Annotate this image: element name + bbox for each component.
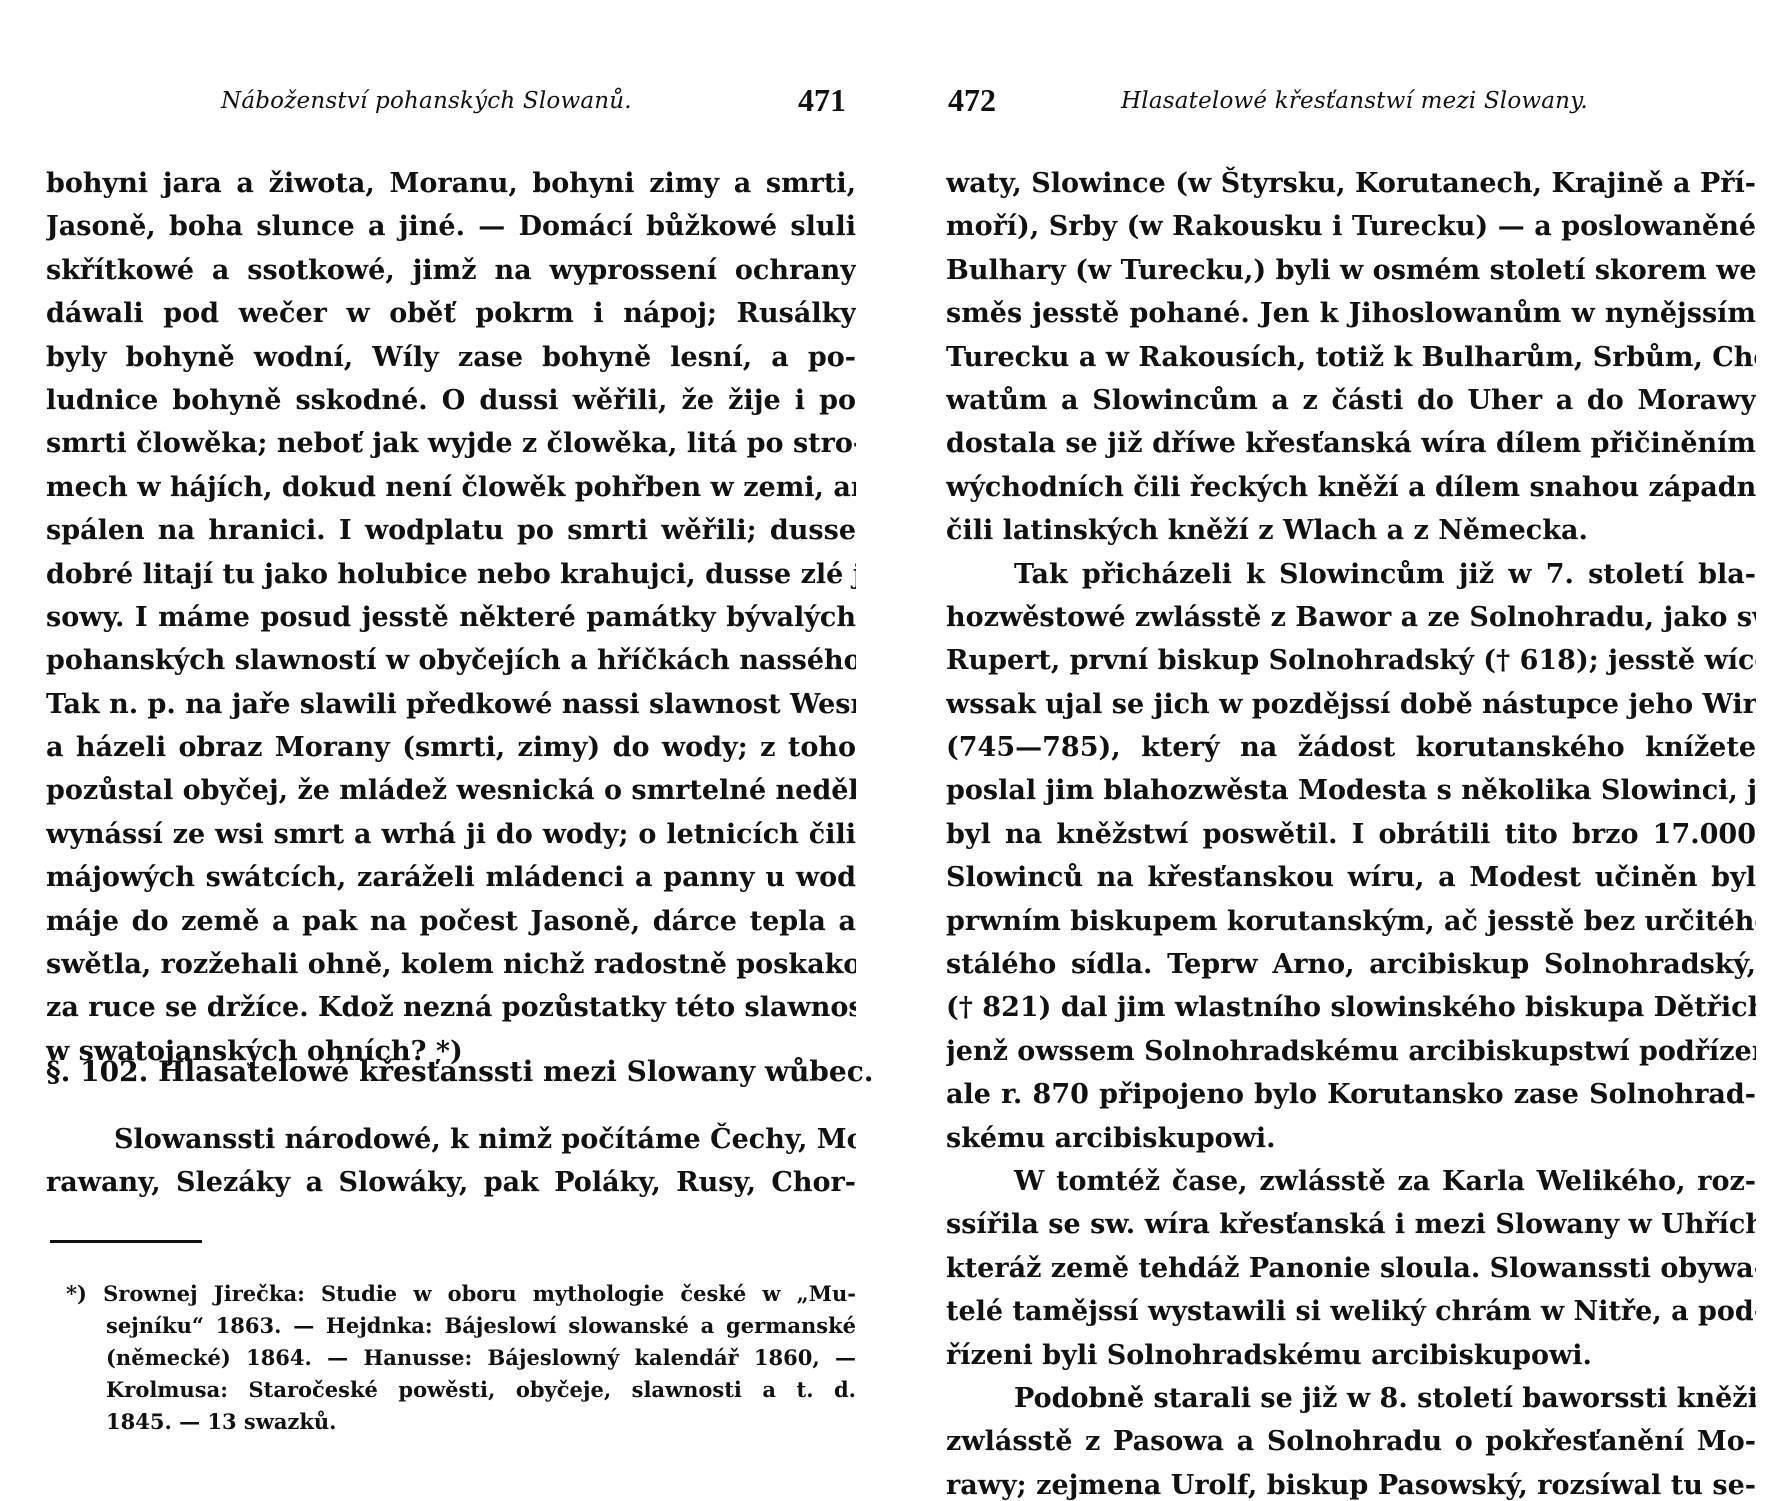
text-line: dobré litají tu jako holubice nebo krahu… [46, 553, 856, 596]
text-line: byl na kněžstwí poswětil. I obrátili tit… [946, 813, 1756, 856]
footnote-line: Krolmusa: Staročeské powěsti, obyčeje, s… [66, 1374, 856, 1406]
text-line: Tak přicházeli k Slowincům již w 7. stol… [946, 553, 1756, 596]
text-line: kteráž země tehdáž Panonie sloula. Slowa… [946, 1247, 1756, 1290]
text-line: poslal jim blahozwěsta Modesta s několik… [946, 769, 1756, 812]
running-head-left: Náboženství pohanských Slowanů. 471 [46, 82, 856, 122]
text-line: dostala se již dříwe křesťanská wíra díl… [946, 422, 1756, 465]
text-line: máje do země a pak na počest Jasoně, dár… [46, 900, 856, 943]
footnote-line: (německé) 1864. — Hanusse: Bájeslowný ka… [66, 1342, 856, 1374]
text-line: Turecku a w Rakousích, totiž k Bulharům,… [946, 336, 1756, 379]
text-line: skřítkowé a ssotkowé, jimž na wyprossení… [46, 249, 856, 292]
footnote-line: *) Srownej Jirečka: Studie w oboru mytho… [66, 1278, 856, 1310]
paragraph-pagan-customs: bohyni jara a žiwota, Moranu, bohyni zim… [46, 162, 856, 1073]
text-line: waty, Slowince (w Štyrsku, Korutanech, K… [946, 162, 1756, 205]
text-line: W tomtéž čase, zwlásstě za Karla Welikéh… [946, 1160, 1756, 1203]
running-head-title: Hlasatelowé křesťanstwí mezi Slowany. [1121, 88, 1588, 114]
text-line: Jasoně, boha slunce a jiné. — Domácí bůž… [46, 205, 856, 248]
text-line: dáwali pod wečer w oběť pokrm i nápoj; R… [46, 292, 856, 335]
text-line: zwlásstě z Pasowa a Solnohradu o pokřesť… [946, 1420, 1756, 1463]
footnote-line: 1845. — 13 swazků. [66, 1406, 856, 1438]
text-line: Tak n. p. na jaře slawili předkowé nassi… [46, 683, 856, 726]
left-page: Náboženství pohanských Slowanů. 471 bohy… [46, 0, 856, 1501]
text-line: jenž owssem Solnohradskému arcibiskupstw… [946, 1030, 1756, 1073]
text-line: smrti člowěka; neboť jak wyjde z člowěka… [46, 422, 856, 465]
running-head-title: Náboženství pohanských Slowanů. [221, 88, 632, 114]
text-line: májowých swátcích, zaráželi mládenci a p… [46, 856, 856, 899]
text-line: za ruce se držíce. Kdož nezná pozůstatky… [46, 986, 856, 1029]
text-line: Podobně starali se již w 8. století bawo… [946, 1377, 1756, 1420]
text-line: ludnice bohyně sskodné. O dussi wěřili, … [46, 379, 856, 422]
text-line: čili latinských kněží z Wlach a z Německ… [946, 509, 1756, 552]
text-line: Rupert, první biskup Solnohradský († 618… [946, 639, 1756, 682]
text-line: ssířila se sw. wíra křesťanská i mezi Sl… [946, 1203, 1756, 1246]
footnote: *) Srownej Jirečka: Studie w oboru mytho… [66, 1278, 856, 1438]
text-line: Slowinců na křesťanskou wíru, a Modest u… [946, 856, 1756, 899]
text-line: a házeli obraz Morany (smrti, zimy) do w… [46, 726, 856, 769]
text-line: mech w hájích, dokud není člowěk pohřben… [46, 466, 856, 509]
right-page: 472 Hlasatelowé křesťanstwí mezi Slowany… [946, 0, 1756, 1501]
text-line: pohanských slawností w obyčejích a hříčk… [46, 639, 856, 682]
text-line: swětla, rozžehali ohně, kolem nichž rado… [46, 943, 856, 986]
text-line: sowy. I máme posud jesstě některé památk… [46, 596, 856, 639]
section-paragraph: Slowanssti národowé, k nimž počítáme Čec… [46, 1118, 856, 1205]
page-number: 471 [798, 82, 846, 119]
text-line: spálen na hranici. I wodplatu po smrti w… [46, 509, 856, 552]
text-line: († 821) dal jim wlastního slowinského bi… [946, 986, 1756, 1029]
text-line: byly bohyně wodní, Wíly zase bohyně lesn… [46, 336, 856, 379]
running-head-right: 472 Hlasatelowé křesťanstwí mezi Slowany… [946, 82, 1756, 122]
text-line: stálého sídla. Teprw Arno, arcibiskup So… [946, 943, 1756, 986]
text-line: (745—785), který na žádost korutanského … [946, 726, 1756, 769]
text-line: hozwěstowé zwlásstě z Bawor a ze Solnohr… [946, 596, 1756, 639]
text-line: prwním biskupem korutanským, ač jesstě b… [946, 900, 1756, 943]
text-line: rawy; zejmena Urolf, biskup Pasowský, ro… [946, 1464, 1756, 1501]
text-line: wynássí ze wsi smrt a wrhá ji do wody; o… [46, 813, 856, 856]
text-line: ale r. 870 připojeno bylo Korutansko zas… [946, 1073, 1756, 1116]
paragraph-christian-missions: waty, Slowince (w Štyrsku, Korutanech, K… [946, 162, 1756, 1501]
text-line: Slowanssti národowé, k nimž počítáme Čec… [46, 1118, 856, 1161]
text-line: moří), Srby (w Rakousku i Turecku) — a p… [946, 205, 1756, 248]
text-line: telé tamějssí wystawili si weliký chrám … [946, 1290, 1756, 1333]
text-line: wssak ujal se jich w pozdějssí době nást… [946, 683, 1756, 726]
page-number: 472 [948, 82, 996, 119]
text-line: Bulhary (w Turecku,) byli w osmém stolet… [946, 249, 1756, 292]
text-line: bohyni jara a žiwota, Moranu, bohyni zim… [46, 162, 856, 205]
text-line: řízeni byli Solnohradskému arcibiskupowi… [946, 1334, 1756, 1377]
text-line: pozůstal obyčej, že mládež wesnická o sm… [46, 769, 856, 812]
text-line: wýchodních čili řeckých kněží a dílem sn… [946, 466, 1756, 509]
text-line: směs jesstě pohané. Jen k Jihoslowanům w… [946, 292, 1756, 335]
footnote-line: sejníku“ 1863. — Hejdnka: Bájeslowí slow… [66, 1310, 856, 1342]
text-line: watům a Slowincům a z části do Uher a do… [946, 379, 1756, 422]
footnote-rule [50, 1240, 202, 1243]
text-line: skému arcibiskupowi. [946, 1117, 1756, 1160]
section-heading: §. 102. Hlasatelowé křesťanssti mezi Slo… [46, 1055, 856, 1088]
text-line: rawany, Slezáky a Slowáky, pak Poláky, R… [46, 1161, 856, 1204]
